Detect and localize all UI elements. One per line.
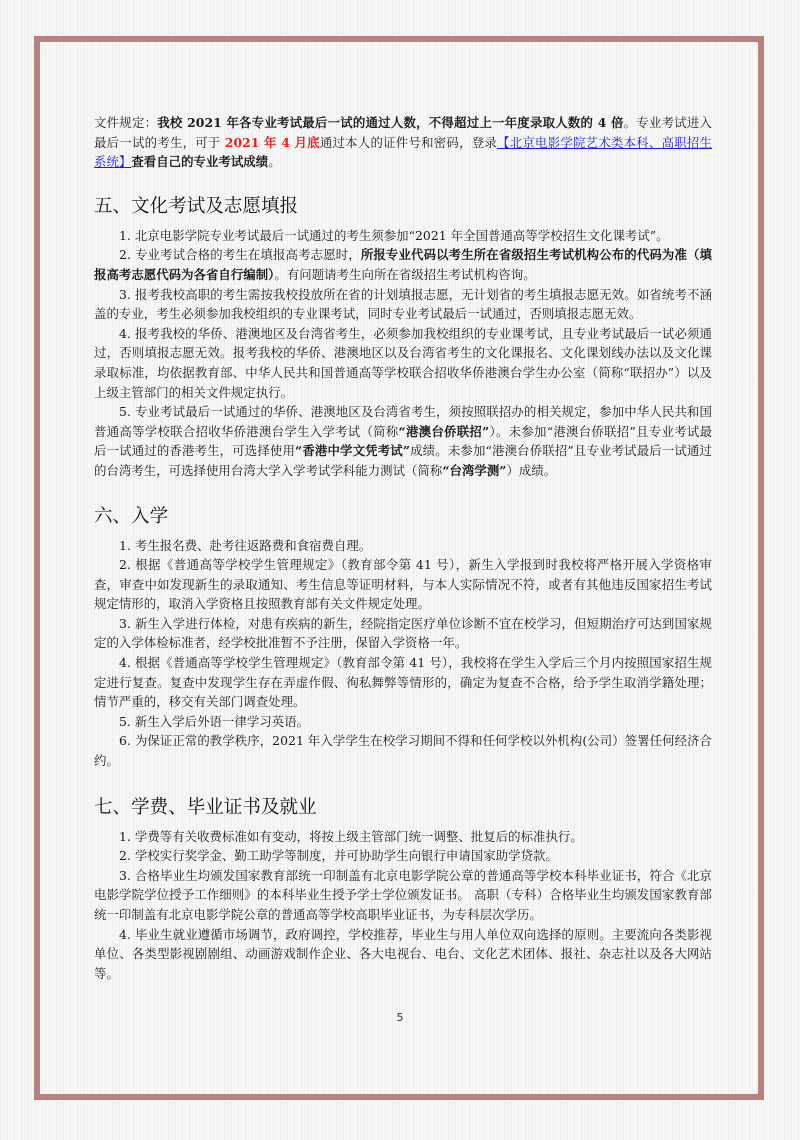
intro-rule-bold: 我校 2021 年各专业考试最后一试的通过人数，不得超过上一年度录取人数的 4 …: [157, 115, 623, 130]
result-date-highlight: 2021 年 4 月底: [225, 135, 320, 150]
item-bold-text: “香港中学文凭考试”: [295, 443, 410, 458]
document-body: 文件规定：我校 2021 年各专业考试最后一试的通过人数，不得超过上一年度录取人…: [94, 113, 712, 983]
section-7-item-2: 2. 学校实行奖学金、勤工助学等制度，并可协助学生向银行申请国家助学贷款。: [94, 846, 712, 866]
section-6-item-5: 5. 新生入学后外语一律学习英语。: [94, 712, 712, 732]
section-7-item-3: 3. 合格毕业生均颁发国家教育部统一印制盖有北京电影学院公章的普通高等学校本科毕…: [94, 866, 712, 925]
item-bold-text: “港澳台侨联招”: [399, 424, 490, 439]
section-6-item-2: 2. 根据《普通高等学校学生管理规定》（教育部令第 41 号），新生入学报到时我…: [94, 555, 712, 614]
section-7-item-1: 1. 学费等有关收费标准如有变动，将按上级主管部门统一调整、批复后的标准执行。: [94, 827, 712, 847]
item-bold-text: “台湾学测”: [442, 463, 506, 478]
section-5-item-4: 4. 报考我校的华侨、港澳地区及台湾省考生，必须参加我校组织的专业课考试，且专业…: [94, 324, 712, 402]
section-6-item-4: 4. 根据《普通高等学校学生管理规定》（教育部令第 41 号），我校将在学生入学…: [94, 653, 712, 712]
section-5-item-2: 2. 专业考试合格的考生在填报高考志愿时，所报专业代码以考生所在省级招生考试机构…: [94, 245, 712, 284]
section-heading-6: 六、入学: [94, 506, 712, 528]
section-6-item-6: 6. 为保证正常的教学秩序，2021 年入学学生在校学习期间不得和任何学校以外机…: [94, 731, 712, 770]
section-6-item-3: 3. 新生入学进行体检，对患有疾病的新生，经院指定医疗单位诊断不宜在校学习，但短…: [94, 614, 712, 653]
intro-label: 文件规定：: [94, 115, 157, 130]
intro-period: 。: [268, 154, 280, 169]
intro-text-2: 通过本人的证件号和密码，登录: [320, 135, 497, 150]
intro-paragraph: 文件规定：我校 2021 年各专业考试最后一试的通过人数，不得超过上一年度录取人…: [94, 113, 712, 172]
section-6-item-1: 1. 考生报名费、赴考往返路费和食宿费自理。: [94, 536, 712, 556]
section-7-item-4: 4. 毕业生就业遵循市场调节，政府调控，学校推荐，毕业生与用人单位双向选择的原则…: [94, 925, 712, 984]
item-text: ）成绩。: [506, 463, 556, 478]
section-heading-7: 七、学费、毕业证书及就业: [94, 797, 712, 819]
section-heading-5: 五、文化考试及志愿填报: [94, 196, 712, 218]
section-5-item-1: 1. 北京电影学院专业考试最后一试通过的考生须参加“2021 年全国普通高等学校…: [94, 226, 712, 246]
intro-check-scores: 查看自己的专业考试成绩: [131, 154, 268, 169]
item-text: 。有问题请考生向所在省级招生考试机构咨询。: [274, 267, 535, 282]
item-text: 2. 专业考试合格的考生在填报高考志愿时，: [119, 247, 361, 262]
section-5-item-3: 3. 报考我校高职的考生需按我校投放所在省的计划填报志愿，无计划省的考生填报志愿…: [94, 285, 712, 324]
section-5-item-5: 5. 专业考试最后一试通过的华侨、港澳地区及台湾省考生，须按照联招办的相关规定，…: [94, 402, 712, 480]
page-number: 5: [0, 1011, 800, 1024]
